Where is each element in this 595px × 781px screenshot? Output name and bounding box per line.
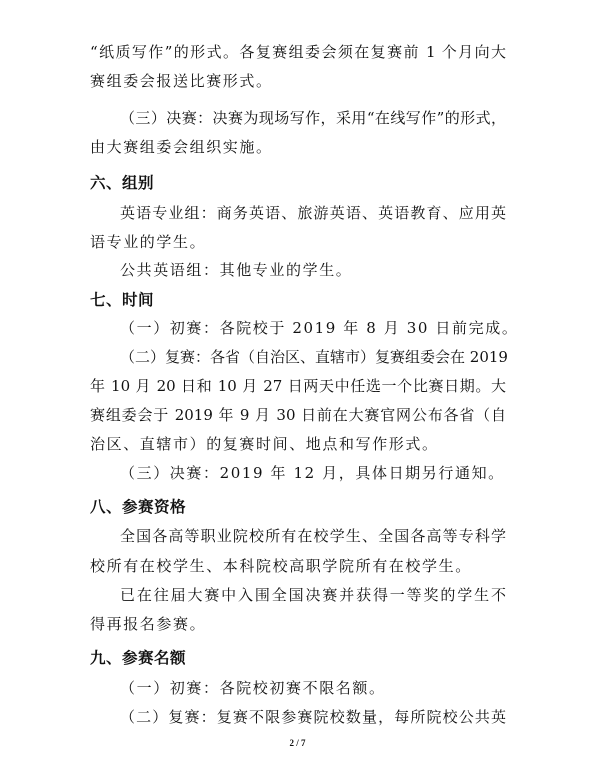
paragraph-line: 赛组委会于 2019 年 9 月 30 日前在大赛官网公布各省（自	[90, 405, 506, 425]
paragraph-line: 全国各高等职业院校所有在校学生、全国各高等专科学	[120, 526, 506, 546]
paragraph-line: 年 10 月 20 日和 10 月 27 日两天中任选一个比赛日期。大	[90, 376, 506, 396]
paragraph-line: 英语专业组：商务英语、旅游英语、英语教育、应用英	[120, 203, 506, 223]
paragraph-line: “纸质写作”的形式。各复赛组委会须在复赛前 1 个月向大	[90, 42, 506, 62]
section-heading-quota: 九、参赛名额	[90, 648, 506, 668]
paragraph-line: （三）决赛：2019 年 12 月，具体日期另行通知。	[120, 463, 506, 483]
paragraph-line: 得再报名参赛。	[90, 614, 506, 634]
paragraph-line: 校所有在校学生、本科院校高职学院所有在校学生。	[90, 556, 506, 576]
paragraph-line: （二）复赛：各省（自治区、直辖市）复赛组委会在 2019	[120, 347, 506, 367]
paragraph-line: （三）决赛：决赛为现场写作，采用“在线写作”的形式，	[120, 108, 506, 128]
paragraph-line: 公共英语组：其他专业的学生。	[120, 260, 506, 280]
section-heading-time: 七、时间	[90, 290, 506, 310]
paragraph-line: （二）复赛：复赛不限参赛院校数量，每所院校公共英	[120, 707, 506, 727]
document-page: “纸质写作”的形式。各复赛组委会须在复赛前 1 个月向大 赛组委会报送比赛形式。…	[0, 0, 595, 781]
paragraph-line: 赛组委会报送比赛形式。	[90, 71, 506, 91]
page-number: 2 / 7	[0, 738, 595, 748]
paragraph-line: 已在往届大赛中入围全国决赛并获得一等奖的学生不	[120, 585, 506, 605]
section-heading-eligibility: 八、参赛资格	[90, 497, 506, 517]
paragraph-line: （一）初赛：各院校初赛不限名额。	[120, 678, 506, 698]
paragraph-line: 语专业的学生。	[90, 232, 506, 252]
paragraph-line: 由大赛组委会组织实施。	[90, 137, 506, 157]
paragraph-line: 治区、直辖市）的复赛时间、地点和写作形式。	[90, 434, 506, 454]
paragraph-line: （一）初赛：各院校于 2019 年 8 月 30 日前完成。	[120, 318, 506, 338]
section-heading-groups: 六、组别	[90, 173, 506, 193]
